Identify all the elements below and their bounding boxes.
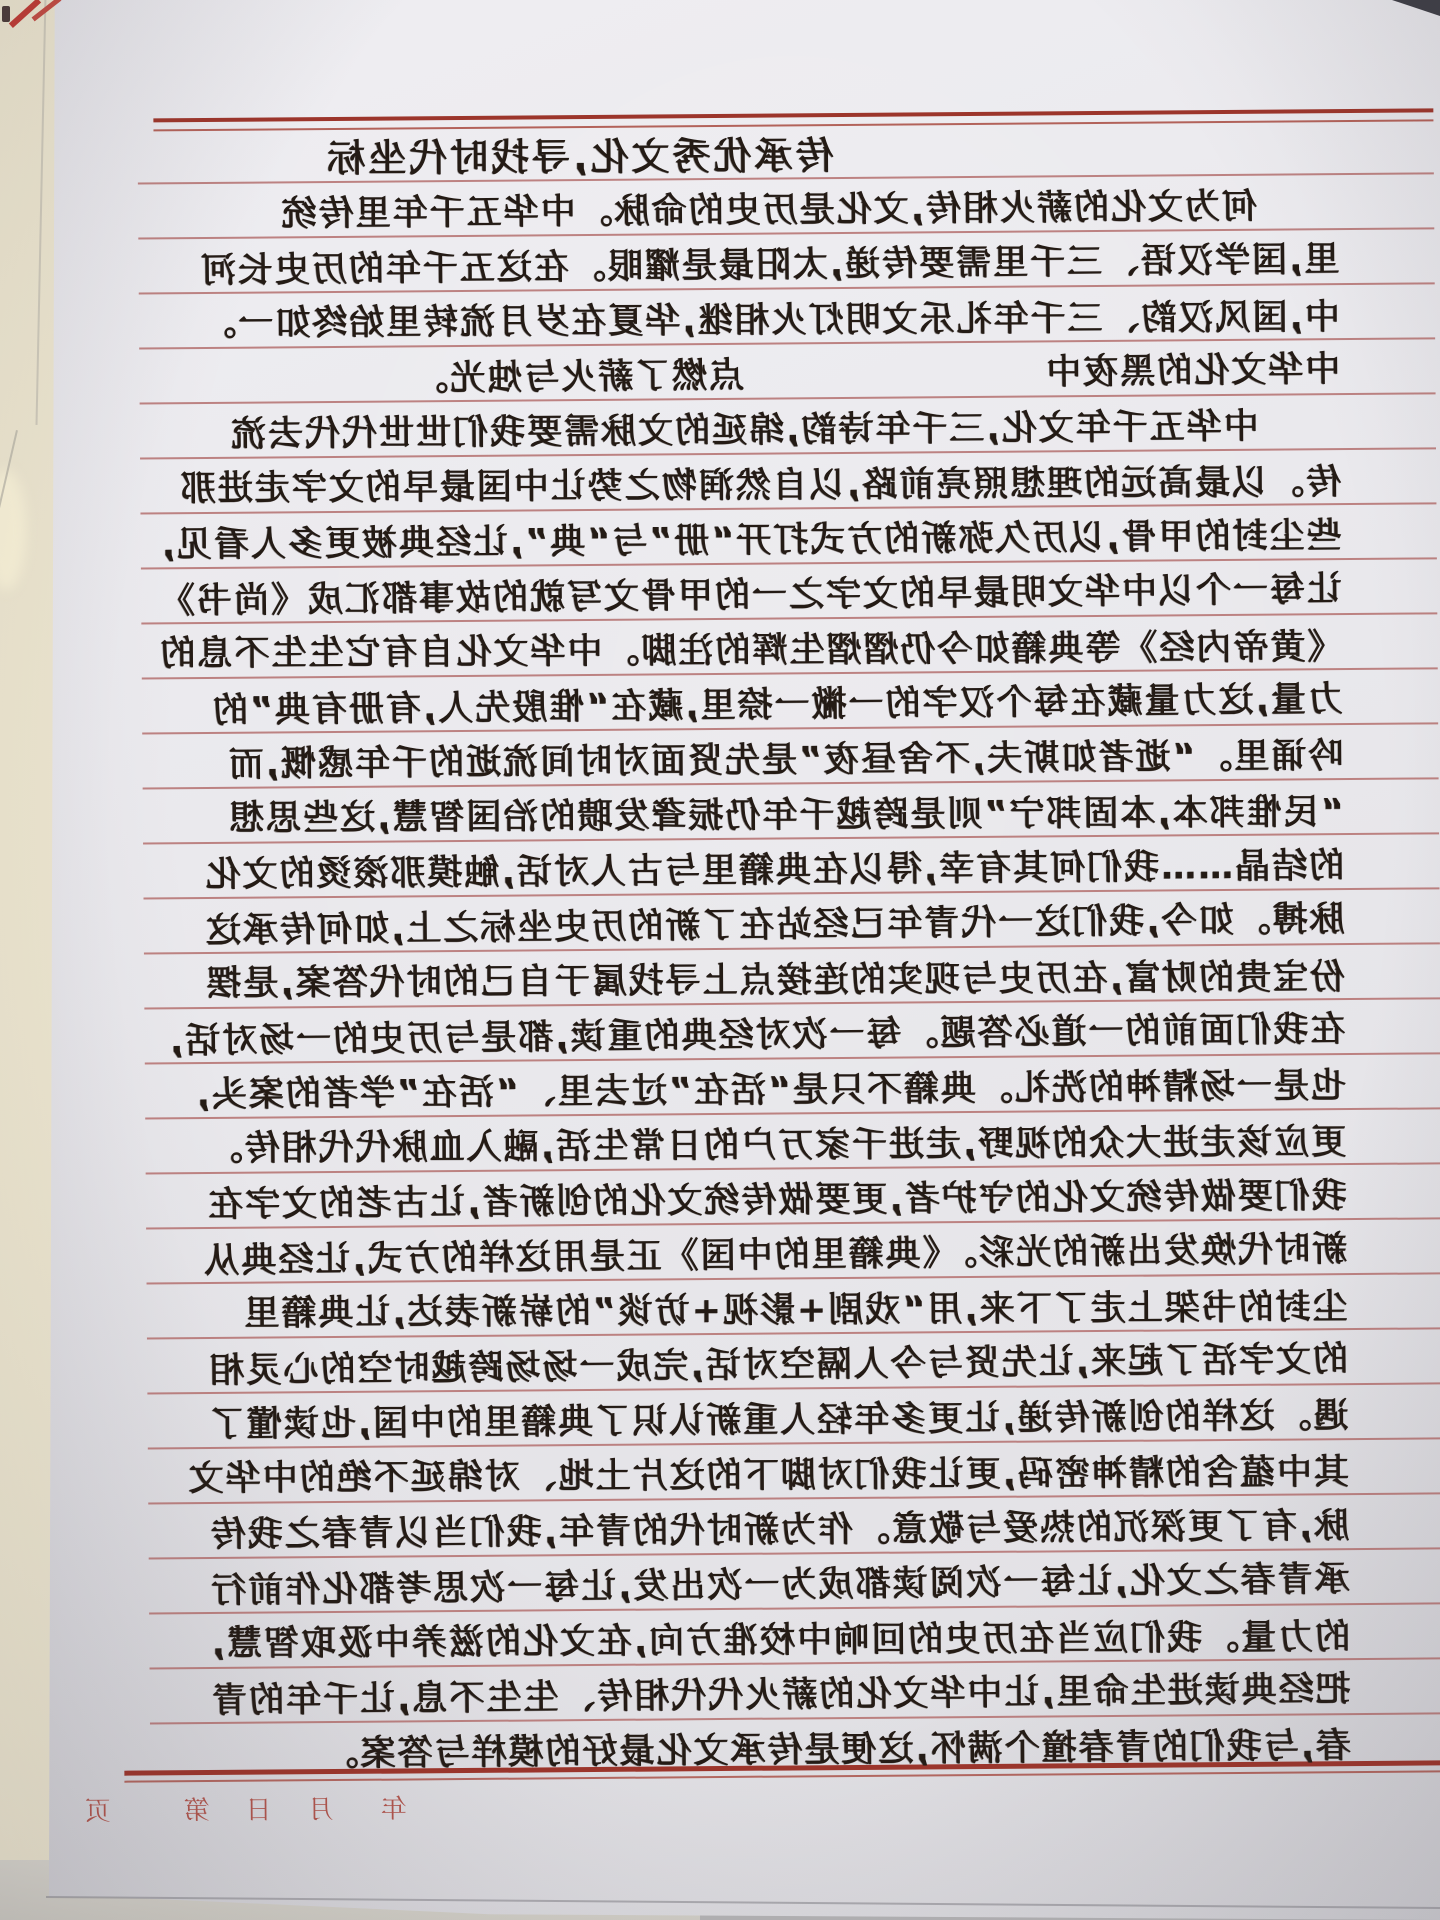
handwriting-line: 让每一个以中华文明最早的文字之一的甲骨文写就的故事都汇成《尚书》 [66,564,1342,629]
footer-month-label: 月 [307,1789,333,1826]
handwriting-line: 尘封的书架上走了下来,用“戏剧+影视+访谈”的崭新表达,让典籍里 [72,1281,1348,1340]
footer-year-label: 年 [380,1788,406,1825]
handwriting-line: 何为文化的薪火相传,文化是历史的命脉。中华五千年里传统 [0,180,1339,243]
handwriting-line: 里,国学汉语、三千里需要传递,太阳最是耀眼。在这五千年的历史长河 [63,234,1339,299]
handwriting-text: 尘封的书架上走了下来,用“戏剧+影视+访谈”的崭新表达,让典籍里 [242,1287,1347,1333]
handwriting-text: 的文字活了起来,让先贤与今人隔空对话,完成一场场跨越时空的心灵相 [207,1340,1348,1392]
handwriting-text: 力量,这力量藏在每个汉字的一撇一捺里,藏在“惟殷先人,有册有典”的 [211,680,1343,732]
handwriting-text: 脉,有了更深沉的热爱与敬意。作为新时代的青年,我们当以青春之我传 [209,1506,1350,1555]
page-title: 传承优秀文化,寻找时代坐标 [354,130,834,185]
handwriting-line: 的力量。我们应当在历史的回响中校准方向,在文化的滋养中汲取智慧, [74,1611,1350,1670]
handwriting-text: 的结晶……我们何其有幸,得以在典籍里与古人对话,触摸那滚烫的文化 [204,846,1345,895]
handwriting-text: 在我们面前的一道必答题。每一次对经典的重读,都是与历史的一场对话, [168,1010,1346,1062]
handwriting-text: 中华五千年文化,三千年诗韵,绵延的文脉需要我们世世代代去流 [229,407,1259,455]
handwriting-line: 新时代焕发出新的光彩。《典籍里的中国》正是用这样的方式,让经典从 [71,1224,1347,1289]
handwriting-text: 更应该走进大众的视野,走进千家万户的日常生活,融入血脉代代相传。 [206,1122,1347,1169]
handwriting-line: 《黄帝内经》等典籍如今仍熠熠生辉的注脚。中华文化自有它生生不息的 [66,621,1342,680]
handwriting-text: “民惟邦本,本固邦宁”则是跨越千年仍振聋发聩的治国智慧,这些思想 [227,792,1344,838]
handwriting-text: 传承优秀文化,寻找时代坐标 [324,134,834,181]
photo-background: 年 月 日 第 页 传承优秀文化,寻找时代坐标何为文化的薪火相传,文化是历史的命… [0,0,1440,1920]
handwriting-line: 中华文化的黑夜中点燃了薪火与烛光。 [64,344,1340,409]
handwriting-text: 把经典读进生命里,让中华文化的薪火代代相传、生生不息,让千年的青 [210,1670,1351,1722]
handwriting-text: 新时代焕发出新的光彩。《典籍里的中国》正是用这样的方式,让经典从 [202,1230,1347,1282]
handwriting-line: 也是一场精神的洗礼。典籍不只是“活在”过去里、“活在”学者的案头, [70,1060,1346,1122]
handwriting-text: 《黄帝内经》等典籍如今仍熠熠生辉的注脚。中华文化自有它生生不息的 [158,627,1342,674]
handwriting-text: 吟诵里。“逝者如斯夫,不舍昼夜”是先贤面对时间流逝的千年感慨,而 [227,736,1344,785]
handwriting-line: “民惟邦本,本固邦宁”则是跨越千年仍振聋发聩的治国智慧,这些思想 [68,786,1344,845]
handwriting-text: 里,国学汉语、三千里需要传递,太阳最是耀眼。在这五千年的历史长河 [199,240,1340,292]
handwriting-line: 承青春之文化,让每一次阅读都成为一次出发,让每一次思考都化作前行 [74,1554,1350,1619]
handwriting-line: 的文字活了起来,让先贤与今人隔空对话,完成一场场跨越时空的心灵相 [72,1334,1348,1399]
flip-layer: 年 月 日 第 页 传承优秀文化,寻找时代坐标何为文化的薪火相传,文化是历史的命… [0,0,1440,1920]
handwriting-line: 脉,有了更深沉的热爱与敬意。作为新时代的青年,我们当以青春之我传 [73,1500,1349,1562]
footer-number-label: 第 [183,1790,209,1827]
handwriting-line: 传。以最高远的理想照亮前路,以自然润物之势让中国最早的文字走进那 [65,456,1341,515]
handwriting-line: 在我们面前的一道必答题。每一次对经典的重读,都是与历史的一场对话, [69,1004,1345,1069]
handwriting-text: 遇。这样的创新传递,让更多年轻人重新认识了典籍里的中国,也读懂了 [208,1396,1349,1445]
handwriting-line: 脉搏。如今,我们这一代青年已经站在了新的历史坐标之上,如何传承这 [68,894,1344,959]
handwriting-line: 我们要做传统文化的守护者,更要做传统文化的创新者,让古老的文字在 [71,1170,1347,1232]
handwriting-text: 春,与我们的青春撞个满怀,这便是传承文化最好的模样与答案。 [321,1726,1351,1774]
handwriting-text: 脉搏。如今,我们这一代青年已经站在了新的历史坐标之上,如何传承这 [204,900,1345,952]
handwriting-line: 的结晶……我们何其有幸,得以在典籍里与古人对话,触摸那滚烫的文化 [68,840,1344,902]
handwriting-text: 也是一场精神的洗礼。典籍不只是“活在”过去里、“活在”学者的案头, [195,1066,1347,1115]
handwriting-line: 遇。这样的创新传递,让更多年轻人重新认识了典籍里的中国,也读懂了 [72,1390,1348,1452]
handwriting-line: 些尘封的甲骨,以历久弥新的方式打开“册”与“典”,让经典被更多人看见, [66,510,1342,572]
handwriting-text: 中,国风汉韵、三千年礼乐文明灯火相继,华夏在岁月流转里始终如一。 [199,297,1340,344]
handwriting-text: 些尘封的甲骨,以历久弥新的方式打开“册”与“典”,让经典被更多人看见, [160,516,1342,565]
handwriting-text: 的力量。我们应当在历史的回响中校准方向,在文化的滋养中汲取智慧, [210,1617,1351,1664]
paper-sheet: 年 月 日 第 页 传承优秀文化,寻找时代坐标何为文化的薪火相传,文化是历史的命… [0,0,1440,1920]
handwriting-text: 承青春之文化,让每一次阅读都成为一次出发,让每一次思考都化作前行 [209,1560,1350,1612]
handwriting-line: 把经典读进生命里,让中华文化的薪火代代相传、生生不息,让千年的青 [75,1664,1351,1729]
handwriting-text: 传。以最高远的理想照亮前路,以自然润物之势让中国最早的文字走进那 [179,462,1342,509]
handwriting-text: 中华文化的黑夜中 [1044,350,1340,393]
handwriting-text: 其中蕴含的精神密码,更让我们对脚下的这片土地、对绵延不绝的中华文 [187,1452,1350,1499]
handwriting-line: 更应该走进大众的视野,走进千家万户的日常生活,融入血脉代代相传。 [70,1116,1346,1175]
handwriting-line: 中华五千年文化,三千年诗韵,绵延的文脉需要我们世世代代去流 [0,400,1341,463]
handwriting-line: 春,与我们的青春撞个满怀,这便是传承文化最好的模样与答案。 [75,1720,1351,1782]
dark-speck [2,6,10,22]
handwriting-text: 份宝贵的财富,在历史与现实的连接点上寻找属于自己的时代答案,是摆 [204,957,1345,1004]
footer-day-label: 日 [245,1790,271,1827]
handwriting-text: 何为文化的薪火相传,文化是历史的命脉。中华五千年里传统 [280,187,1258,235]
handwriting-text: 点燃了薪火与烛光。 [411,356,744,399]
footer-page-label: 页 [84,1791,110,1828]
handwriting-line: 力量,这力量藏在每个汉字的一撇一捺里,藏在“惟殷先人,有册有典”的 [67,674,1343,739]
handwriting-line: 份宝贵的财富,在历史与现实的连接点上寻找属于自己的时代答案,是摆 [69,951,1345,1010]
handwriting-text: 让每一个以中华文明最早的文字之一的甲骨文写就的故事都汇成《尚书》 [158,570,1342,622]
handwriting-text: 我们要做传统文化的守护者,更要做传统文化的创新者,让古老的文字在 [206,1176,1347,1225]
handwriting-line: 吟诵里。“逝者如斯夫,不舍昼夜”是先贤面对时间流逝的千年感慨,而 [67,730,1343,792]
handwriting-line: 其中蕴含的精神密码,更让我们对脚下的这片土地、对绵延不绝的中华文 [73,1446,1349,1505]
handwriting-line: 中,国风汉韵、三千年礼乐文明灯火相继,华夏在岁月流转里始终如一。 [64,291,1340,350]
